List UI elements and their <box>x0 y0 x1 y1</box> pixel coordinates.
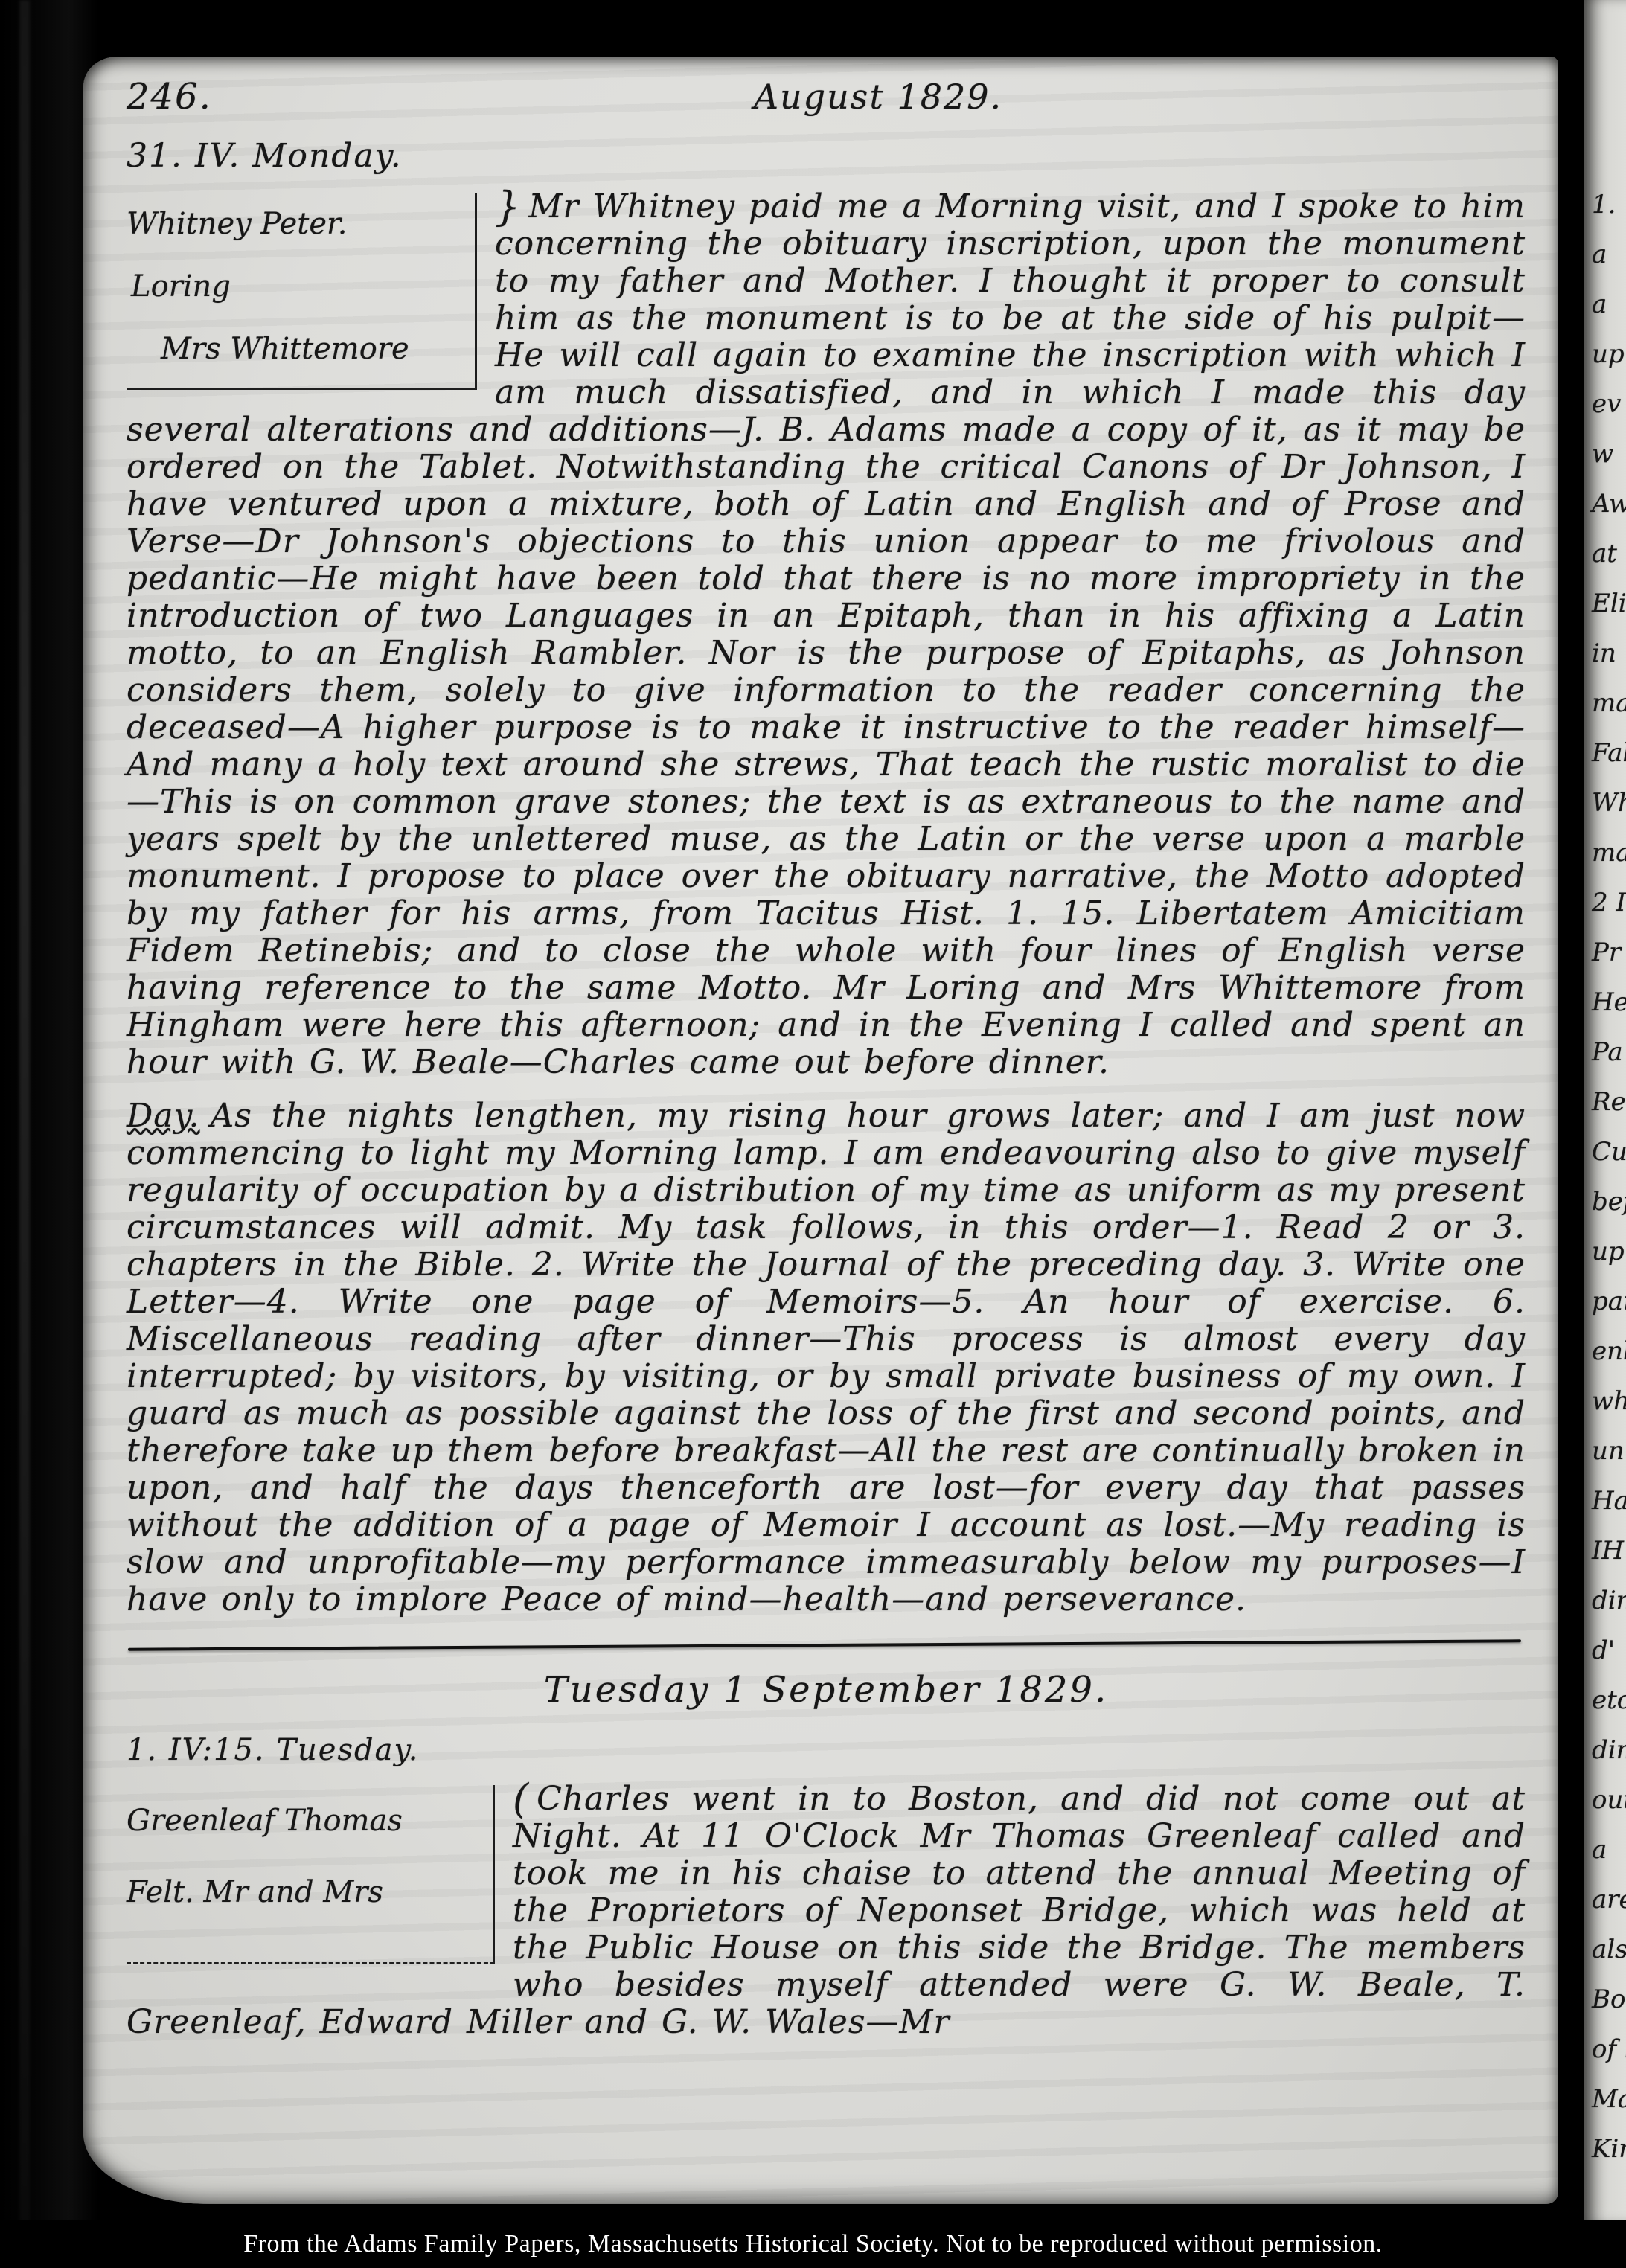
facing-page-fragment: un <box>1592 1426 1626 1476</box>
margin-name: Mrs Whittemore <box>127 318 475 380</box>
facing-page-fragment: w <box>1592 429 1626 479</box>
entry-heading-tuesday: 1. IV:15. Tuesday. <box>127 1733 1526 1767</box>
page-number: 246. <box>127 76 327 118</box>
facing-page-fragment: of h <box>1592 2025 1626 2075</box>
facing-page-fragment: wh <box>1592 1377 1626 1426</box>
facing-page-fragment: 1. <box>1592 180 1626 230</box>
entry-monday: Whitney Peter. Loring Mrs Whittemore }Mr… <box>127 188 1526 1618</box>
facing-page-fragment: a <box>1592 1825 1626 1875</box>
brace-mark: } <box>495 183 528 230</box>
facing-page-fragment: etc <box>1592 1676 1626 1726</box>
facing-page-fragment: a <box>1592 230 1626 280</box>
brace-mark: ( <box>513 1775 537 1822</box>
facing-page-fragment: in <box>1592 629 1626 679</box>
date-header-tuesday: Tuesday 1 September 1829. <box>127 1669 1526 1711</box>
day-label: Day. <box>127 1097 211 1135</box>
facing-page-fragment: Eli <box>1592 579 1626 629</box>
facing-page-fragment: Aw <box>1592 479 1626 529</box>
margin-name: Whitney Peter. <box>127 193 475 255</box>
entry-heading-monday: 31. IV. Monday. <box>127 137 1526 175</box>
diary-page: 246. August 1829. 31. IV. Monday. Whitne… <box>83 57 1558 2204</box>
facing-page-fragment: Pr <box>1592 928 1626 978</box>
facing-page-fragment: Pa <box>1592 1028 1626 1077</box>
facing-page-fragment: als <box>1592 1925 1626 1975</box>
facing-page-fragment: 2 I <box>1592 878 1626 928</box>
facing-page-fragment: par <box>1592 1277 1626 1327</box>
footer-band: From the Adams Family Papers, Massachuse… <box>0 2220 1626 2268</box>
facing-page-fragment: ma <box>1592 679 1626 728</box>
facing-page-strip: 1.aaupevwAwatEliinmaFalWhma2 IPrHePaReCu… <box>1584 0 1626 2223</box>
day-paragraph-text: As the nights lengthen, my rising hour g… <box>127 1097 1526 1618</box>
margin-names-block-2: Greenleaf Thomas Felt. Mr and Mrs <box>127 1785 495 1964</box>
facing-page-fragment: up <box>1592 330 1626 379</box>
facing-page-fragment: He <box>1592 978 1626 1028</box>
footer-credit: From the Adams Family Papers, Massachuse… <box>243 2230 1382 2258</box>
facing-page-fragment: ma <box>1592 828 1626 878</box>
day-paragraph: Day.As the nights lengthen, my rising ho… <box>127 1098 1526 1618</box>
facing-page-fragment: Re <box>1592 1077 1626 1127</box>
facing-page-fragment: Wh <box>1592 778 1626 828</box>
facing-page-fragment: Cu <box>1592 1127 1626 1177</box>
facing-page-fragment: din <box>1592 1576 1626 1626</box>
manuscript-scan: 246. August 1829. 31. IV. Monday. Whitne… <box>0 0 1626 2268</box>
facing-page-fragment: up <box>1592 1227 1626 1277</box>
facing-page-fragment: Kir <box>1592 2124 1626 2174</box>
facing-page-fragment: IH <box>1592 1526 1626 1576</box>
facing-page-fragment: a <box>1592 280 1626 330</box>
margin-name: Loring <box>127 255 475 318</box>
margin-name: Felt. Mr and Mrs <box>127 1857 493 1928</box>
margin-names-block: Whitney Peter. Loring Mrs Whittemore <box>127 193 477 390</box>
binding-highlight-streak <box>19 0 30 2268</box>
facing-page-fragment: out <box>1592 1775 1626 1825</box>
facing-page-fragment: enl <box>1592 1327 1626 1377</box>
facing-page-fragment: dim <box>1592 1726 1626 1775</box>
page-header: 246. August 1829. <box>127 76 1526 118</box>
margin-name: Greenleaf Thomas <box>127 1785 493 1857</box>
month-header: August 1829. <box>327 77 1362 117</box>
entry-tuesday: Greenleaf Thomas Felt. Mr and Mrs (Charl… <box>127 1781 1526 2041</box>
facing-page-fragment: Ma <box>1592 2075 1626 2124</box>
facing-page-fragment: Fal <box>1592 728 1626 778</box>
facing-page-fragment: Bo <box>1592 1975 1626 2025</box>
facing-page-fragment: ev <box>1592 379 1626 429</box>
facing-page-fragment: bef <box>1592 1177 1626 1227</box>
facing-page-fragment: are <box>1592 1875 1626 1925</box>
facing-page-fragment: Ha <box>1592 1476 1626 1526</box>
facing-page-fragment: d' <box>1592 1626 1626 1676</box>
facing-page-fragment: at <box>1592 529 1626 579</box>
section-divider-rule <box>128 1639 1521 1650</box>
